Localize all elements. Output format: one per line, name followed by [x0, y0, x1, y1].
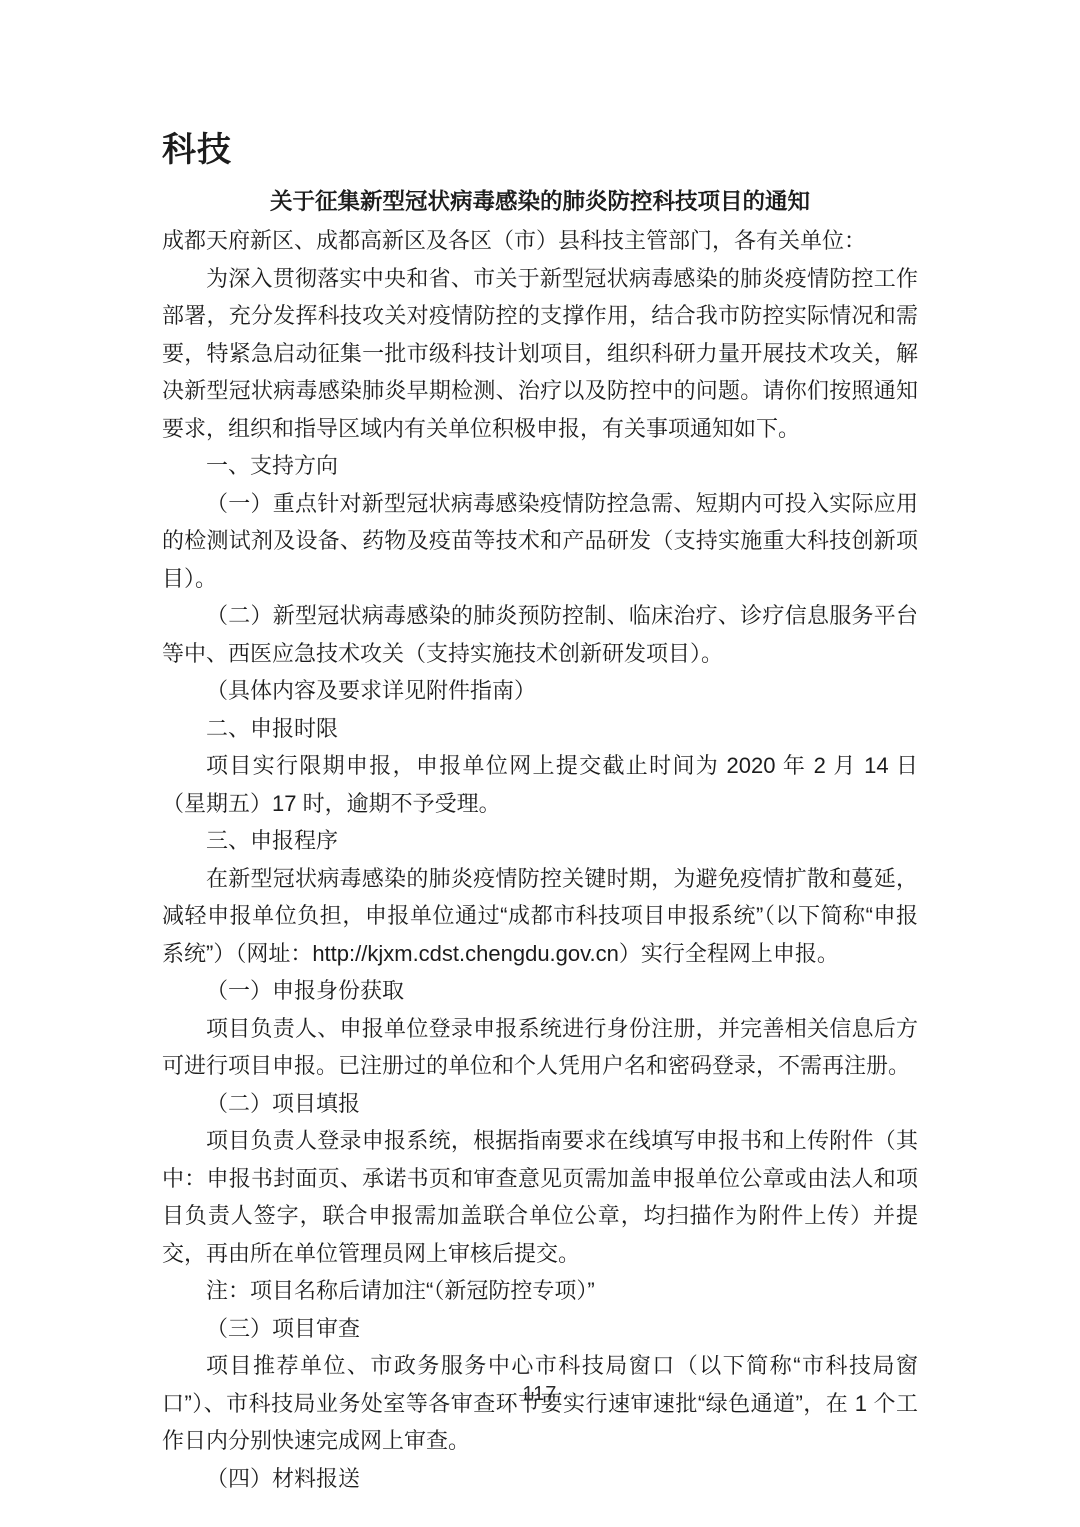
- paragraph-online-system: 在新型冠状病毒感染的肺炎疫情防控关键时期，为避免疫情扩散和蔓延，减轻申报单位负担…: [162, 860, 918, 973]
- item-1-1-detection-reagents: （一）重点针对新型冠状病毒感染疫情防控急需、短期内可投入实际应用的检测试剂及设备…: [162, 485, 918, 598]
- note-project-name-suffix: 注：项目名称后请加注“（新冠防控专项）”: [162, 1272, 918, 1310]
- heading-section-3-procedure: 三、申报程序: [162, 822, 918, 860]
- item-1-2-prevention-control: （二）新型冠状病毒感染的肺炎预防控制、临床治疗、诊疗信息服务平台等中、西医应急技…: [162, 597, 918, 672]
- document-title: 关于征集新型冠状病毒感染的肺炎防控科技项目的通知: [162, 186, 918, 218]
- paragraph-registration-detail: 项目负责人、申报单位登录申报系统进行身份注册，并完善相关信息后方可进行项目申报。…: [162, 1010, 918, 1085]
- document-content: 科技 关于征集新型冠状病毒感染的肺炎防控科技项目的通知 成都天府新区、成都高新区…: [0, 0, 1080, 1497]
- item-3-4-material-submission: （四）材料报送: [162, 1460, 918, 1498]
- item-3-2-project-filing: （二）项目填报: [162, 1085, 918, 1123]
- paragraph-filing-detail: 项目负责人登录申报系统，根据指南要求在线填写申报书和上传附件（其中：申报书封面页…: [162, 1122, 918, 1272]
- paragraph-deadline-detail: 项目实行限期申报，申报单位网上提交截止时间为 2020 年 2 月 14 日（星…: [162, 747, 918, 822]
- heading-section-1-support-directions: 一、支持方向: [162, 447, 918, 485]
- salutation-line: 成都天府新区、成都高新区及各区（市）县科技主管部门，各有关单位：: [162, 222, 918, 260]
- page-number: 117: [0, 1383, 1080, 1406]
- heading-section-2-deadline: 二、申报时限: [162, 710, 918, 748]
- item-3-3-project-review: （三）项目审查: [162, 1310, 918, 1348]
- paragraph-intro: 为深入贯彻落实中央和省、市关于新型冠状病毒感染的肺炎疫情防控工作部署，充分发挥科…: [162, 260, 918, 448]
- item-3-1-identity-registration: （一）申报身份获取: [162, 972, 918, 1010]
- note-see-attachment-guide: （具体内容及要求详见附件指南）: [162, 672, 918, 710]
- document-page: 科技 关于征集新型冠状病毒感染的肺炎防控科技项目的通知 成都天府新区、成都高新区…: [0, 0, 1080, 1527]
- section-heading: 科技: [162, 128, 918, 172]
